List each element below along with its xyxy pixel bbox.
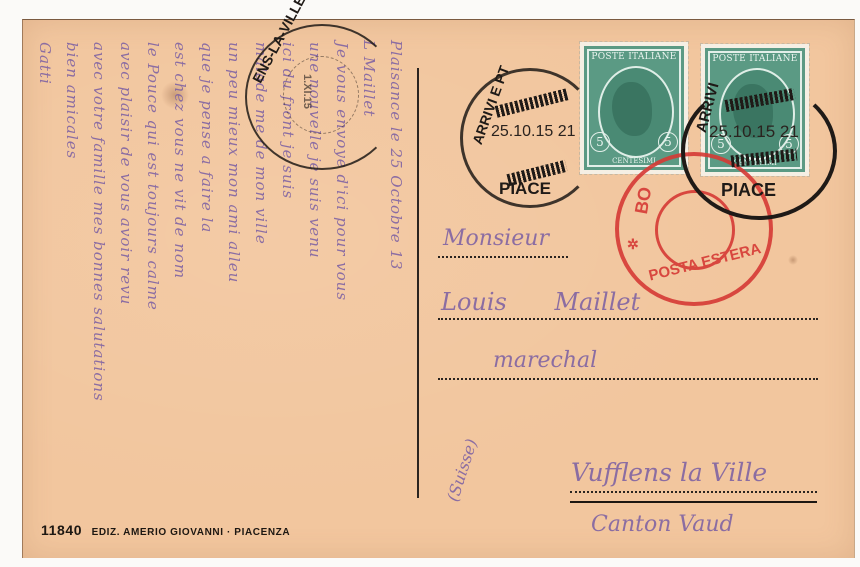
postmark-arrival-bottom-text: PIACE [499, 179, 551, 199]
address-underline [570, 501, 817, 503]
postmark-ens-la-ville: ENS-LA-VILLE 1.XI.15 [245, 24, 399, 170]
postmark-arrivi-piacenza-2: ARRIVI 25.10.15 21 PIACE [681, 82, 837, 220]
postmark-arrival-date: 25.10.15 21 [491, 123, 576, 141]
postmark-date-text: 1.XI.15 [301, 74, 313, 109]
message-line: que je pense a faire la [198, 42, 216, 233]
postcard: Plaisance le 25 Octobre 13L MailletJe vo… [22, 19, 855, 558]
address-town: Vufflens la Ville [571, 458, 767, 487]
message-line: le Pouce qui est toujours calme [144, 42, 162, 311]
postmark-arrival-bottom-text: PIACE [721, 180, 776, 201]
center-divider-line [417, 68, 419, 498]
stamp-issuer: POSTE ITALIANE [584, 52, 684, 62]
message-line: bien amicales [63, 42, 81, 159]
message-line: est chez vous ne vit de nom [171, 42, 189, 279]
postmark-arrival-date: 25.10.15 21 [709, 122, 799, 142]
message-line: avec plaisir de vous avoir revu [117, 42, 135, 305]
address-occupation: marechal [493, 348, 597, 373]
message-line: avec votre famille mes bonnes salutation… [90, 42, 108, 402]
card-number: 11840 [41, 522, 82, 538]
address-line-1 [438, 256, 568, 258]
address-salutation: Monsieur [443, 226, 549, 251]
address-line-2 [438, 318, 818, 320]
publisher-name: EDIZ. AMERIO GIOVANNI · PIACENZA [92, 527, 291, 538]
address-line-3 [438, 378, 818, 380]
address-region: Canton Vaud [591, 512, 734, 537]
star-icon: ✲ [627, 236, 639, 253]
publisher-imprint: 11840 EDIZ. AMERIO GIOVANNI · PIACENZA [41, 522, 290, 538]
stamp-value: 5 [658, 132, 678, 152]
address-name: Louis Maillet [441, 288, 640, 316]
postmark-arrivi-piacenza-1: ARRIVI E PT 25.10.15 21 PIACE [460, 68, 600, 208]
message-line: Gatti [36, 42, 54, 85]
address-line-4 [570, 491, 817, 493]
king-portrait-icon [612, 82, 652, 136]
stamp-issuer: POSTE ITALIANE [705, 54, 805, 64]
message-line: un peu mieux mon ami alleu [225, 42, 243, 283]
address-country-note: (Suisse) [443, 436, 481, 503]
postmark-censor-top-text: BO [631, 185, 656, 215]
